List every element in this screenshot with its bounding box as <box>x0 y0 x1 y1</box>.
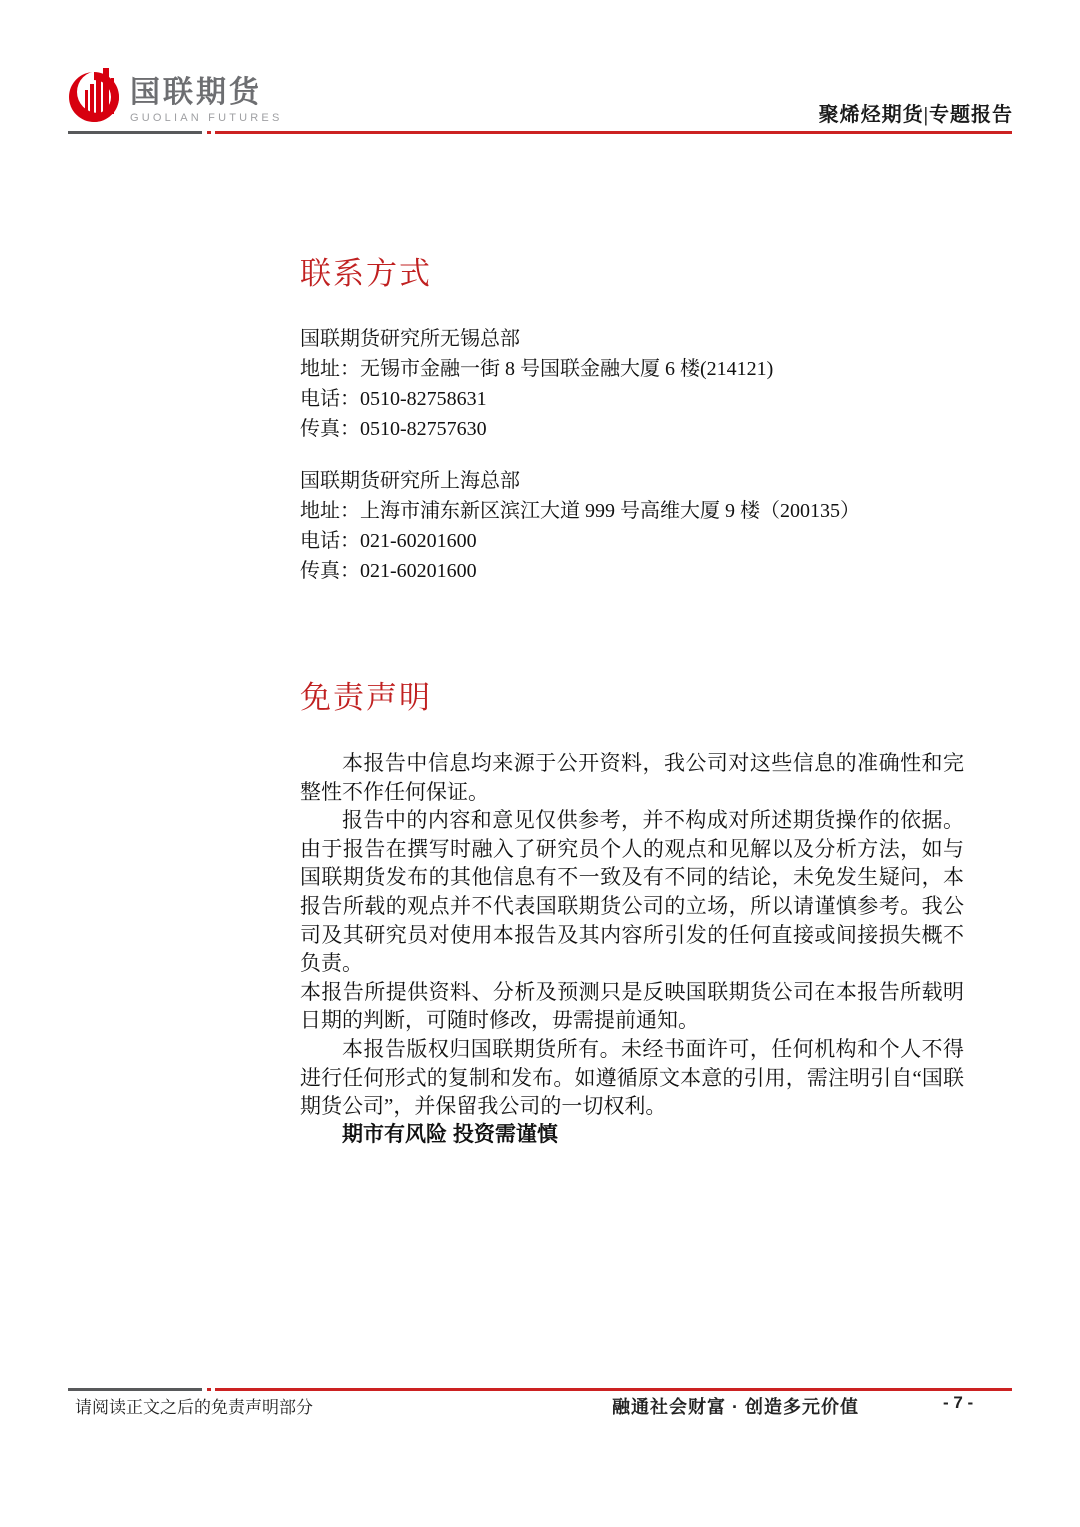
office-shanghai: 国联期货研究所上海总部 地址：上海市浦东新区滨江大道 999 号高维大厦 9 楼… <box>300 466 860 586</box>
disclaimer-paragraph: 本报告版权归国联期货所有。未经书面许可，任何机构和个人不得进行任何形式的复制和发… <box>300 1035 964 1121</box>
office-address: 地址：无锡市金融一街 8 号国联金融大厦 6 楼(214121) <box>300 354 773 384</box>
footer-disclaimer-note: 请阅读正文之后的免责声明部分 <box>75 1393 313 1418</box>
brand-name-en: GUOLIAN FUTURES <box>130 111 283 125</box>
brand-name-cn: 国联期货 <box>130 78 283 108</box>
disclaimer-paragraph: 报告中的内容和意见仅供参考，并不构成对所述期货操作的依据。由于报告在撰写时融入了… <box>300 806 964 978</box>
disclaimer-paragraph: 本报告所提供资料、分析及预测只是反映国联期货公司在本报告所载明日期的判断，可随时… <box>300 978 964 1035</box>
office-wuxi: 国联期货研究所无锡总部 地址：无锡市金融一街 8 号国联金融大厦 6 楼(214… <box>300 324 773 444</box>
office-phone: 电话：0510-82758631 <box>300 384 773 414</box>
report-type-label: 聚烯烃期货|专题报告 <box>819 98 1013 127</box>
office-name: 国联期货研究所上海总部 <box>300 466 860 496</box>
disclaimer-section-title: 免责声明 <box>300 672 432 717</box>
contact-section-title: 联系方式 <box>300 248 432 293</box>
risk-warning: 期市有风险 投资需谨慎 <box>300 1121 964 1150</box>
report-page: 国联期货 GUOLIAN FUTURES 聚烯烃期货|专题报告 联系方式 国联期… <box>0 0 1080 1527</box>
office-name: 国联期货研究所无锡总部 <box>300 324 773 354</box>
footer-slogan: 融通社会财富 · 创造多元价值 <box>612 1393 859 1419</box>
guolian-logo-icon <box>68 62 122 124</box>
footer-divider <box>68 1388 1012 1391</box>
disclaimer-paragraph: 本报告中信息均来源于公开资料，我公司对这些信息的准确性和完整性不作任何保证。 <box>300 749 964 806</box>
office-phone: 电话：021-60201600 <box>300 526 860 556</box>
company-logo: 国联期货 GUOLIAN FUTURES <box>68 62 283 125</box>
office-address: 地址：上海市浦东新区滨江大道 999 号高维大厦 9 楼（200135） <box>300 496 860 526</box>
page-number: - 7 - <box>943 1393 973 1413</box>
logo-text: 国联期货 GUOLIAN FUTURES <box>130 62 283 125</box>
header-divider <box>68 131 1012 134</box>
disclaimer-text: 本报告中信息均来源于公开资料，我公司对这些信息的准确性和完整性不作任何保证。 报… <box>300 749 964 1149</box>
office-fax: 传真：0510-82757630 <box>300 414 773 444</box>
office-fax: 传真：021-60201600 <box>300 556 860 586</box>
